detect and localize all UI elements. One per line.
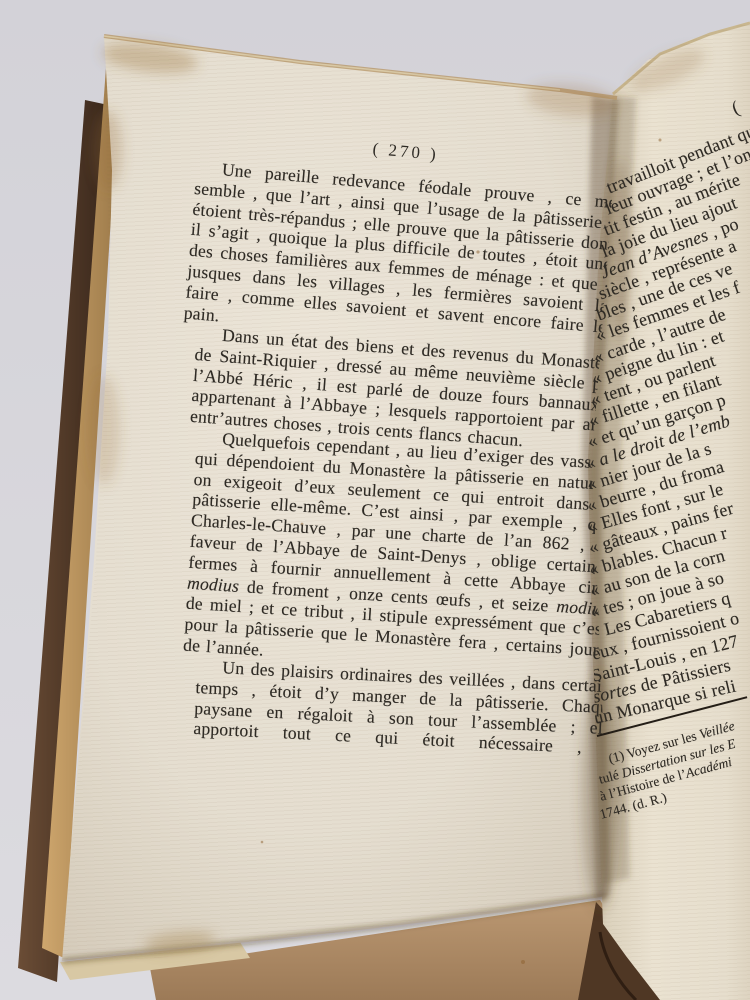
paragraph: Quelquefois cependant , au lieu d’exiger…	[183, 427, 619, 682]
left-page-text-column: ( 270 ) Une pareille redevance féodale p…	[197, 133, 619, 739]
page-number-fragment: (	[729, 97, 743, 120]
page-number: ( 270 )	[305, 133, 506, 171]
book-photo: ( 270 ) Une pareille redevance féodale p…	[0, 0, 750, 1000]
